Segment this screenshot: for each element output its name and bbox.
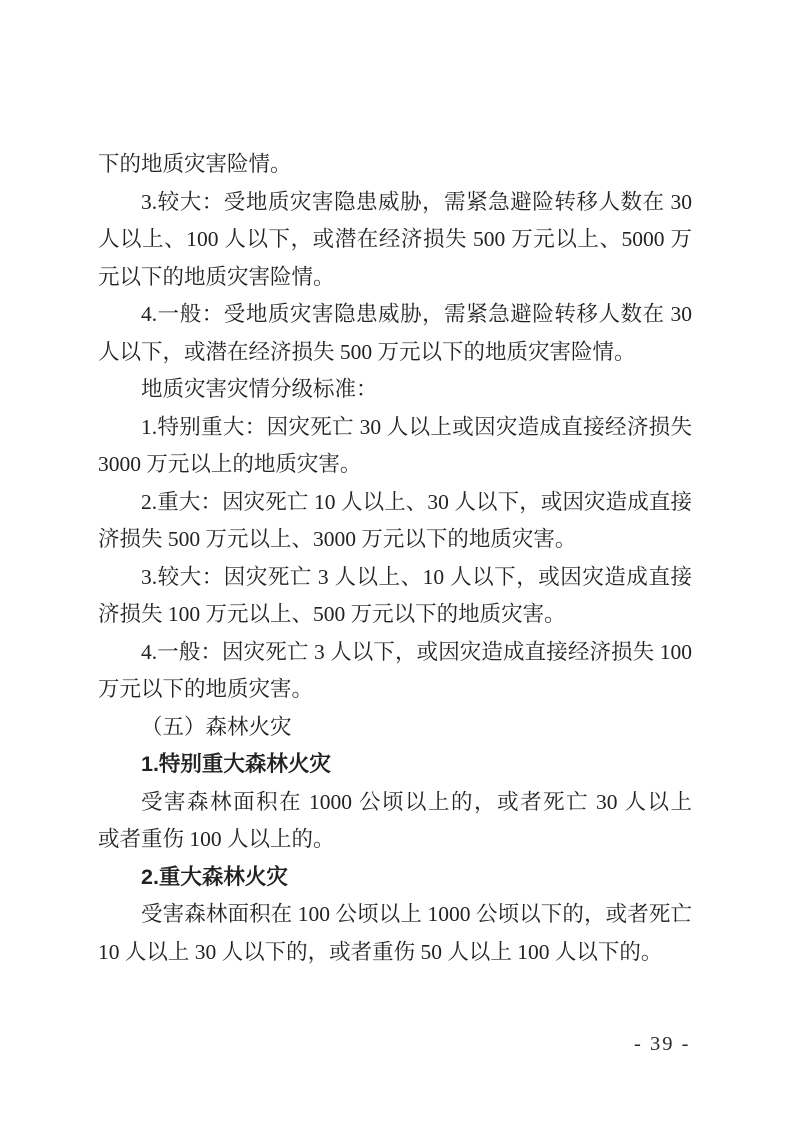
text-line: 4.一般：受地质灾害隐患威胁，需紧急避险转移人数在 30 <box>98 296 692 334</box>
document-body-text: 下的地质灾害险情。 3.较大：受地质灾害隐患威胁，需紧急避险转移人数在 30 人… <box>98 146 692 971</box>
page-number: - 39 - <box>634 1031 690 1057</box>
text-line: 3000 万元以上的地质灾害。 <box>98 446 692 484</box>
document-page: 下的地质灾害险情。 3.较大：受地质灾害隐患威胁，需紧急避险转移人数在 30 人… <box>0 0 793 1122</box>
text-line: 或者重伤 100 人以上的。 <box>98 821 692 859</box>
text-line: 济损失 500 万元以上、3000 万元以下的地质灾害。 <box>98 521 692 559</box>
text-line: 地质灾害灾情分级标准： <box>98 371 692 409</box>
text-line: 下的地质灾害险情。 <box>98 146 692 184</box>
text-line: 4.一般：因灾死亡 3 人以下，或因灾造成直接经济损失 100 <box>98 634 692 672</box>
text-line: 受害森林面积在 100 公顷以上 1000 公顷以下的，或者死亡 <box>98 896 692 934</box>
subsection-heading-extra-major: 1.特别重大森林火灾 <box>98 746 692 784</box>
text-line: 1.特别重大：因灾死亡 30 人以上或因灾造成直接经济损失 <box>98 409 692 447</box>
text-line: 10 人以上 30 人以下的，或者重伤 50 人以上 100 人以下的。 <box>98 934 692 972</box>
text-line: 受害森林面积在 1000 公顷以上的，或者死亡 30 人以上的， <box>98 784 692 822</box>
text-line: 3.较大：因灾死亡 3 人以上、10 人以下，或因灾造成直接经 <box>98 559 692 597</box>
text-line: 济损失 100 万元以上、500 万元以下的地质灾害。 <box>98 596 692 634</box>
text-line: 3.较大：受地质灾害隐患威胁，需紧急避险转移人数在 30 <box>98 184 692 222</box>
text-line: 元以下的地质灾害险情。 <box>98 259 692 297</box>
text-line: 万元以下的地质灾害。 <box>98 671 692 709</box>
text-line: 人以下，或潜在经济损失 500 万元以下的地质灾害险情。 <box>98 334 692 372</box>
text-line: 2.重大：因灾死亡 10 人以上、30 人以下，或因灾造成直接 经 <box>98 484 692 522</box>
subsection-heading-major: 2.重大森林火灾 <box>98 859 692 897</box>
section-heading-forest-fire: （五）森林火灾 <box>98 709 692 747</box>
text-line: 人以上、100 人以下，或潜在经济损失 500 万元以上、5000 万 <box>98 221 692 259</box>
